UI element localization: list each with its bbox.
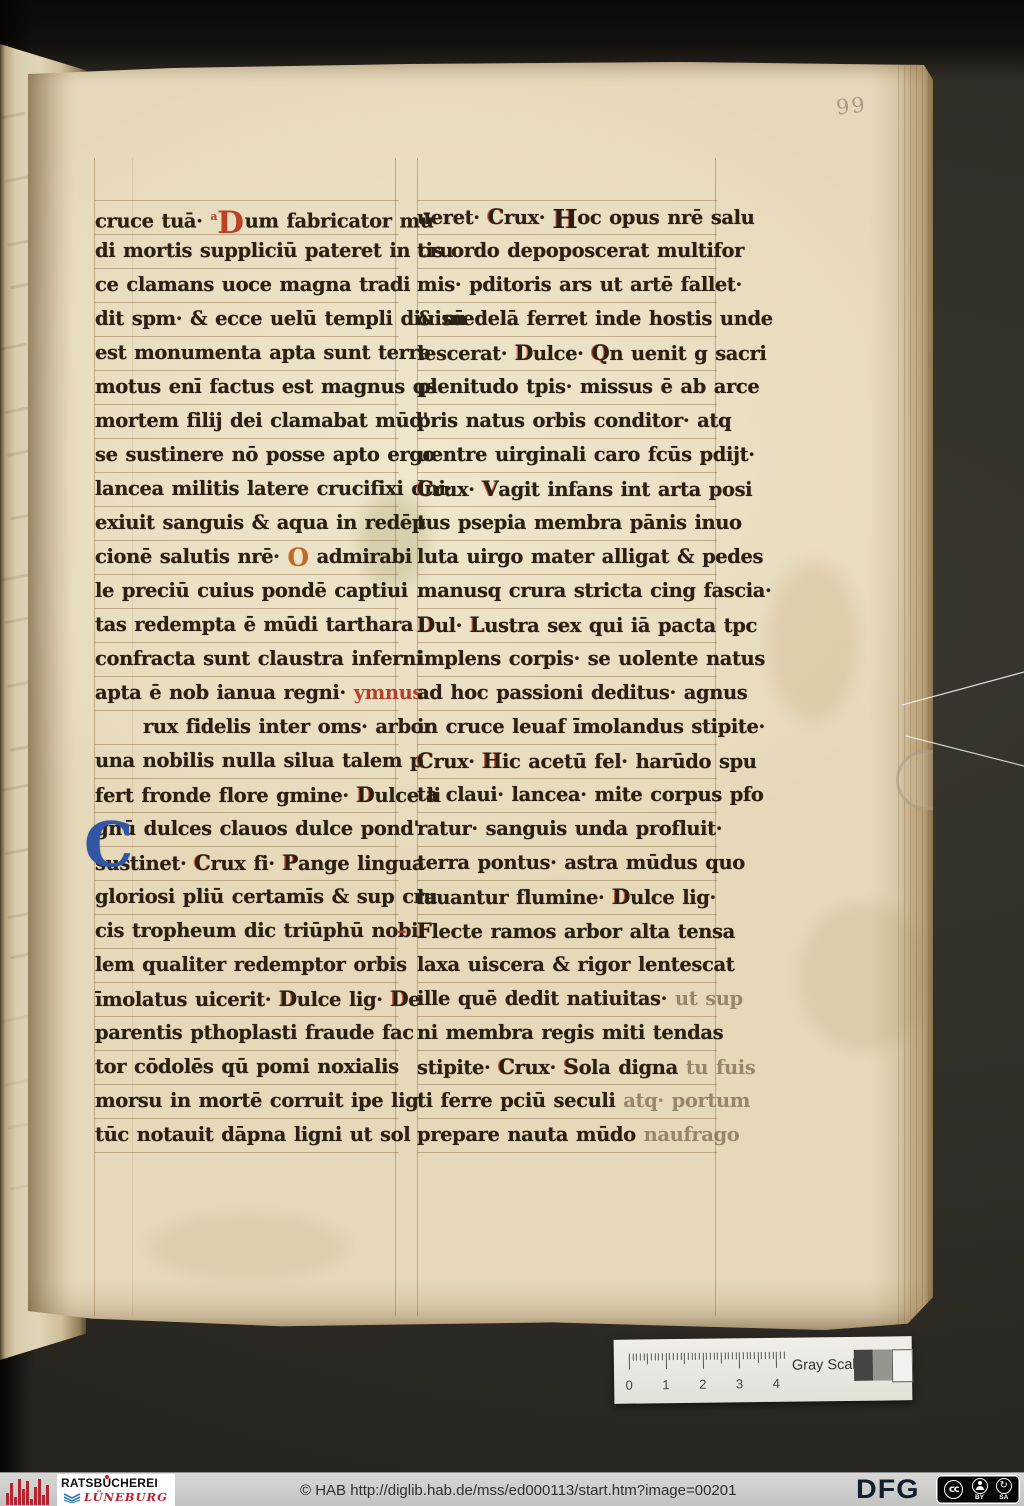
ms-text-line: tus psepia membra pānis inuo: [417, 507, 717, 541]
ms-text-line: motus enī factus est magnus qs: [95, 371, 399, 405]
ruler-tick: [644, 1353, 645, 1360]
swatch-white: [892, 1349, 913, 1382]
ms-text-line: terra pontus· astra mūdus quo: [417, 847, 717, 881]
ms-text-line: cis tropheum dic triūphū nobi: [95, 915, 399, 949]
ruler-tick: [706, 1353, 707, 1360]
ruler-number: 0: [623, 1378, 635, 1393]
library-city: LÜNEBURG: [84, 1490, 168, 1504]
ms-text-line: apta ē nob ianua regni· ymnus·: [95, 677, 399, 711]
ms-text-line: uentre uirginali caro fcūs pdijt·: [417, 439, 717, 473]
ms-text-line: parentis pthoplasti fraude fac: [95, 1017, 399, 1051]
ms-text-line: mis· pditoris ars ut artē fallet·: [417, 269, 717, 303]
swatch-dark-gray: [854, 1350, 873, 1381]
ruler-tick: [765, 1352, 766, 1359]
ruler-tick: [743, 1352, 744, 1359]
gray-scale-card: Gray Scale 01234: [614, 1336, 913, 1404]
ms-column-1: cruce tuā· aDum fabricator mūdi mortis s…: [95, 200, 399, 1153]
ms-text-line: ta claui· lancea· mite corpus pfo: [417, 779, 717, 813]
ruler-tick: [754, 1352, 755, 1359]
ms-text-line: confracta sunt claustra inferni: [95, 643, 399, 677]
ms-text-line: lancea militis latere crucifixi dni·: [95, 473, 399, 507]
ruler-tick: [783, 1352, 784, 1359]
folio-number: 99: [835, 92, 868, 119]
bleed-text-mark: [1, 112, 25, 120]
ms-text-line: ce clamans uoce magna tradi: [95, 269, 399, 303]
ms-text-line: plenitudo tpis· missus ē ab arce: [417, 371, 717, 405]
ruler-tick: [728, 1352, 729, 1359]
cc-icon: cc: [944, 1480, 963, 1499]
ms-text-line: tor cōdolēs qū pomi noxialis: [95, 1051, 399, 1085]
parchment-stain: [798, 902, 928, 1052]
ruler-tick: [699, 1353, 700, 1360]
library-logo: RATSBÜCHEREI LÜNEBURG: [57, 1474, 175, 1506]
ruler-tick: [695, 1353, 696, 1360]
logo-bar: [38, 1479, 41, 1505]
logo-bar: [14, 1497, 17, 1505]
ruler-tick: [677, 1353, 678, 1360]
ms-text-line: cionē salutis nrē· O admirabi: [95, 541, 399, 575]
ruler-tick: [758, 1352, 759, 1363]
ruler-tick: [761, 1352, 762, 1359]
ruler-tick: [669, 1353, 670, 1360]
ms-text-line: una nobilis nulla silua talem p: [95, 745, 399, 779]
ruler-tick: [673, 1353, 674, 1360]
parchment-stain: [768, 562, 858, 722]
ms-text-line: gnū dulces clauos dulce pond': [95, 813, 399, 847]
ms-text-line: prepare nauta mūdo naufrago: [417, 1119, 717, 1153]
ms-text-line: stipite· Crux· Sola digna tu fuis: [417, 1051, 717, 1085]
ruler-tick: [769, 1352, 770, 1359]
ms-text-line: cruce tuā· aDum fabricator mū: [95, 201, 399, 235]
ms-text-line: ti ferre pciū seculi atq· portum: [417, 1085, 717, 1119]
ms-text-line: pris natus orbis conditor· atq: [417, 405, 717, 439]
bleed-text-mark: [1, 343, 27, 351]
ms-text-line: sustinet· Crux fi· Pange lingua: [95, 847, 399, 881]
ruler-tick: [713, 1353, 714, 1360]
cc-sa-arrow-icon: ↻: [996, 1478, 1012, 1494]
ms-text-line: exiuit sanguis & aqua in redēp: [95, 507, 399, 541]
ms-text-line: tis ordo depoposcerat multifor: [417, 235, 717, 269]
ruler-tick: [647, 1353, 648, 1364]
ruler-tick: [662, 1353, 663, 1360]
ruler-tick: [688, 1353, 689, 1360]
logo-bar: [6, 1493, 9, 1505]
page-holder-clip: [896, 750, 947, 810]
ruler-tick: [651, 1353, 652, 1360]
ruler-tick: [739, 1352, 740, 1368]
ms-text-line: & medelā ferret inde hostis unde: [417, 303, 717, 337]
ms-text-line: mortem filij dei clamabat mūd': [95, 405, 399, 439]
ruler-number: 4: [770, 1376, 782, 1391]
ms-text-line: –Flecte ramos arbor alta tensa: [417, 915, 717, 949]
bleed-text-mark: [1, 783, 31, 792]
dfg-logo: DFG: [856, 1474, 920, 1505]
ruler-number: 2: [697, 1377, 709, 1392]
waves-icon: [63, 1492, 81, 1503]
gray-scale-swatches: [854, 1349, 913, 1383]
ms-text-line: ni membra regis miti tendas: [417, 1017, 717, 1051]
ruler-number: 1: [660, 1377, 672, 1392]
ms-text-line: Dul· Lustra sex qui iā pacta tpc: [417, 609, 717, 643]
copyright-url-text: © HAB http://diglib.hab.de/mss/ed000113/…: [300, 1473, 736, 1506]
photo-background: 99 cruce tuā· aDum fabricator mūdi morti…: [0, 0, 1024, 1472]
ruler-tick: [640, 1353, 641, 1360]
ruler-tick: [680, 1353, 681, 1360]
ruler-tick: [684, 1353, 685, 1364]
ruler-tick: [636, 1354, 637, 1361]
ms-text-line: tūc notauit dāpna ligni ut sol: [95, 1119, 399, 1153]
ms-text-line: di mortis suppliciū pateret in cru: [95, 235, 399, 269]
ruler-tick: [632, 1354, 633, 1361]
illuminated-initial-c: C: [84, 814, 133, 876]
ms-text-line: tas redempta ē mūdi tarthara: [95, 609, 399, 643]
ruler-tick: [747, 1352, 748, 1359]
logo-bar: [46, 1485, 49, 1505]
logo-bar: [26, 1481, 29, 1505]
ms-text-line: laxa uiscera & rigor lentescat: [417, 949, 717, 983]
ms-text-line: ille quē dedit natiuitas· ut sup: [417, 983, 717, 1017]
ms-text-line: lauantur flumine· Dulce lig·: [417, 881, 717, 915]
ms-text-line: manusq crura stricta cing fascia·: [417, 575, 717, 609]
ms-text-line: dit spm· & ecce uelū templi diuisū: [95, 303, 399, 337]
ruler-tick: [655, 1353, 656, 1360]
swatch-mid-gray: [873, 1349, 892, 1380]
ruler-tick: [702, 1353, 703, 1369]
page-fore-edge: [898, 62, 933, 1330]
ms-text-line: īmolatus uicerit· Dulce lig· De: [95, 983, 399, 1017]
ruler-tick: [629, 1354, 630, 1370]
logo-bar: [34, 1487, 37, 1505]
ms-text-line: morsu in mortē corruit ipe lig': [95, 1085, 399, 1119]
ruler-tick: [658, 1353, 659, 1360]
cc-by-label: BY: [975, 1495, 984, 1502]
logo-bar: [22, 1489, 25, 1505]
ruler-tick: [717, 1353, 718, 1360]
cc-sa-label: SA: [999, 1495, 1008, 1502]
ruler-tick: [691, 1353, 692, 1360]
ruler-tick: [772, 1352, 773, 1359]
ms-text-line: fert fronde flore gmine· Dulce li: [95, 779, 399, 813]
ms-text-line: se sustinere nō posse apto ergo: [95, 439, 399, 473]
ms-text-line: in cruce leuaf īmolandus stipite·: [417, 711, 717, 745]
digitized-manuscript-viewer: 99 cruce tuā· aDum fabricator mūdi morti…: [0, 0, 1024, 1506]
bleed-text-mark: [1, 573, 29, 581]
logo-bar: [18, 1479, 21, 1505]
ms-text-line: Crux· Hic acetū fel· harūdo spu: [417, 745, 717, 779]
ruler-tick: [721, 1353, 722, 1364]
footer-bar: RATSBÜCHEREI LÜNEBURG © HAB http://digli…: [0, 1472, 1024, 1506]
cc-by-person-icon: [972, 1478, 988, 1494]
library-name: RATSBÜCHEREI: [61, 1476, 158, 1490]
ruler-tick: [666, 1353, 667, 1369]
ms-text-line: gloriosi pliū certamīs & sup cru: [95, 881, 399, 915]
ms-text-line: luta uirgo mater alligat & pedes: [417, 541, 717, 575]
ratsbuecherei-bars-icon: [6, 1475, 56, 1505]
logo-bar: [42, 1495, 45, 1505]
cc-license-badge: cc BY ↻ SA: [936, 1475, 1020, 1504]
parchment-stain: [148, 1212, 348, 1282]
ms-text-line: ad hoc passioni deditus· agnus: [417, 677, 717, 711]
manuscript-page: 99 cruce tuā· aDum fabricator mūdi morti…: [28, 62, 933, 1330]
ms-text-line: rux fidelis inter oms· arbor: [95, 711, 399, 745]
ms-text-line: lem qualiter redemptor orbis: [95, 949, 399, 983]
ms-text-line: ratur· sanguis unda profluit·: [417, 813, 717, 847]
ruler-tick: [780, 1352, 781, 1359]
ms-text-line: lescerat· Dulce· Qn uenit g sacri: [417, 337, 717, 371]
ruler-tick: [724, 1352, 725, 1359]
ms-text-line: Crux· Vagit infans int arta posi: [417, 473, 717, 507]
umlaut-dot-icon: [105, 1475, 109, 1479]
ms-text-line: ueret· Crux· Hoc opus nrē salu: [417, 201, 717, 235]
ruler-tick: [732, 1352, 733, 1359]
ms-column-2: ueret· Crux· Hoc opus nrē salutis ordo d…: [417, 200, 717, 1153]
ruler-number: 3: [733, 1376, 745, 1391]
logo-bar: [30, 1499, 33, 1505]
ms-text-line: est monumenta apta sunt terre: [95, 337, 399, 371]
ruler-tick: [736, 1352, 737, 1359]
logo-bar: [10, 1483, 13, 1505]
ms-text-line: le preciū cuius pondē captiui: [95, 575, 399, 609]
ruler-tick: [776, 1352, 777, 1368]
ruler-tick: [710, 1353, 711, 1360]
ruler-tick: [750, 1352, 751, 1359]
ms-text-line: implens corpis· se uolente natus: [417, 643, 717, 677]
